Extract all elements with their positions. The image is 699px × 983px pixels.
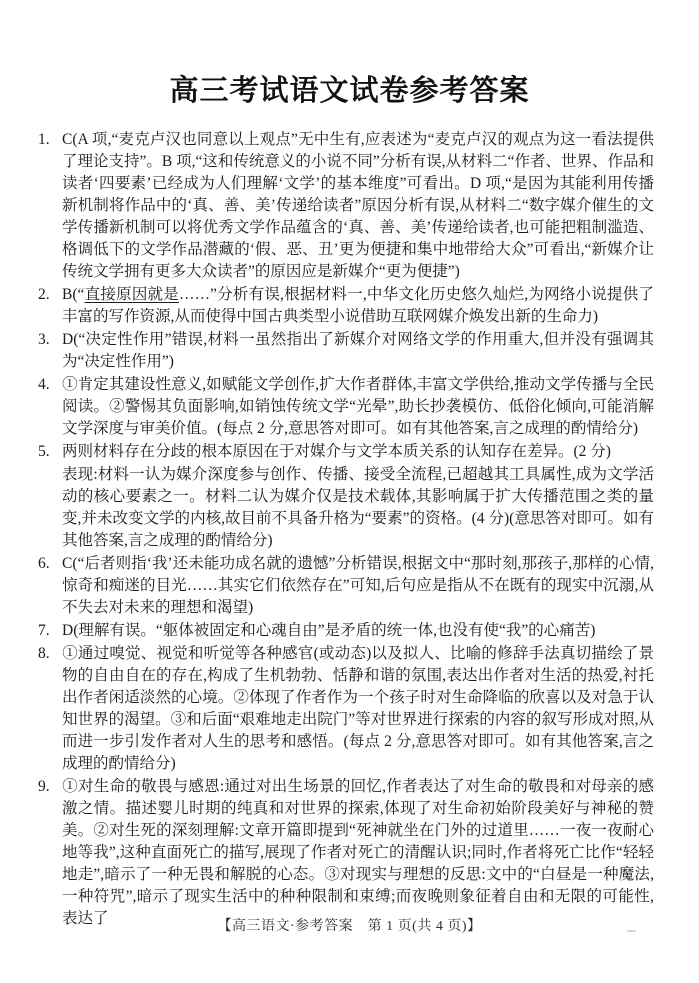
underlined-text: 直接原因就是	[84, 286, 179, 303]
answer-item: 7.D(理解有误。“躯体被固定和心魂自由”是矛盾的统一体,也没有使“我”的心痛苦…	[38, 620, 654, 642]
answer-item-continued: 表现:材料一认为媒介深度参与创作、传播、接受全流程,已超越其工具属性,成为文学活…	[38, 464, 654, 552]
answer-number: 7.	[38, 620, 62, 642]
document-page: 高三考试语文试卷参考答案 1.C(A 项,“麦克卢汉也同意以上观点”无中生有,应…	[0, 0, 699, 983]
answer-text: ①对生命的敬畏与感恩:通过对出生场景的回忆,作者表达了对生命的敬畏和对母亲的感激…	[62, 778, 654, 927]
answer-item: 4.①肯定其建设性意义,如赋能文学创作,扩大作者群体,丰富文学供给,推动文学传播…	[38, 374, 654, 440]
page-title: 高三考试语文试卷参考答案	[0, 68, 699, 109]
answer-number: 5.	[38, 441, 62, 463]
answer-number: 8.	[38, 643, 62, 665]
answer-item: 1.C(A 项,“麦克卢汉也同意以上观点”无中生有,应表述为“麦克卢汉的观点为这…	[38, 129, 654, 283]
answer-number: 2.	[38, 284, 62, 306]
answer-item: 8.①通过嗅觉、视觉和听觉等各种感官(或动态)以及拟人、比喻的修辞手法真切描绘了…	[38, 643, 654, 775]
answer-text: D(理解有误。“躯体被固定和心魂自由”是矛盾的统一体,也没有使“我”的心痛苦)	[62, 622, 595, 639]
answer-text: C(A 项,“麦克卢汉也同意以上观点”无中生有,应表述为“麦克卢汉的观点为这一看…	[62, 131, 654, 280]
scan-smudge	[627, 930, 636, 932]
answer-text: 两则材料存在分歧的根本原因在于对媒介与文学本质关系的认知存在差异。(2 分)	[62, 443, 611, 460]
answer-item: 2.B(“直接原因就是……”分析有误,根据材料一,中华文化历史悠久灿烂,为网络小…	[38, 284, 654, 328]
page-footer: 【高三语文·参考答案 第 1 页(共 4 页)】	[0, 915, 699, 935]
answer-number: 4.	[38, 374, 62, 396]
answer-number: 6.	[38, 553, 62, 575]
answer-item: 5.两则材料存在分歧的根本原因在于对媒介与文学本质关系的认知存在差异。(2 分)	[38, 441, 654, 463]
answer-number: 3.	[38, 329, 62, 351]
answer-text: ①通过嗅觉、视觉和听觉等各种感官(或动态)以及拟人、比喻的修辞手法真切描绘了景物…	[62, 645, 654, 772]
answer-number: 1.	[38, 129, 62, 151]
answer-item: 3.D(“决定性作用”错误,材料一虽然指出了新媒介对网络文学的作用重大,但并没有…	[38, 329, 654, 373]
answer-text: ①肯定其建设性意义,如赋能文学创作,扩大作者群体,丰富文学供给,推动文学传播与全…	[62, 376, 654, 437]
answer-list: 1.C(A 项,“麦克卢汉也同意以上观点”无中生有,应表述为“麦克卢汉的观点为这…	[38, 129, 654, 931]
answer-number: 9.	[38, 776, 62, 798]
answer-item: 6.C(“后者则指‘我’还未能功成名就的遗憾”分析错误,根据文中“那时刻,那孩子…	[38, 553, 654, 619]
answer-text: B(“	[62, 286, 84, 303]
answer-text: D(“决定性作用”错误,材料一虽然指出了新媒介对网络文学的作用重大,但并没有强调…	[62, 331, 654, 370]
answer-text: 表现:材料一认为媒介深度参与创作、传播、接受全流程,已超越其工具属性,成为文学活…	[62, 466, 654, 549]
answer-item: 9.①对生命的敬畏与感恩:通过对出生场景的回忆,作者表达了对生命的敬畏和对母亲的…	[38, 776, 654, 930]
answer-text: C(“后者则指‘我’还未能功成名就的遗憾”分析错误,根据文中“那时刻,那孩子,那…	[62, 555, 654, 616]
